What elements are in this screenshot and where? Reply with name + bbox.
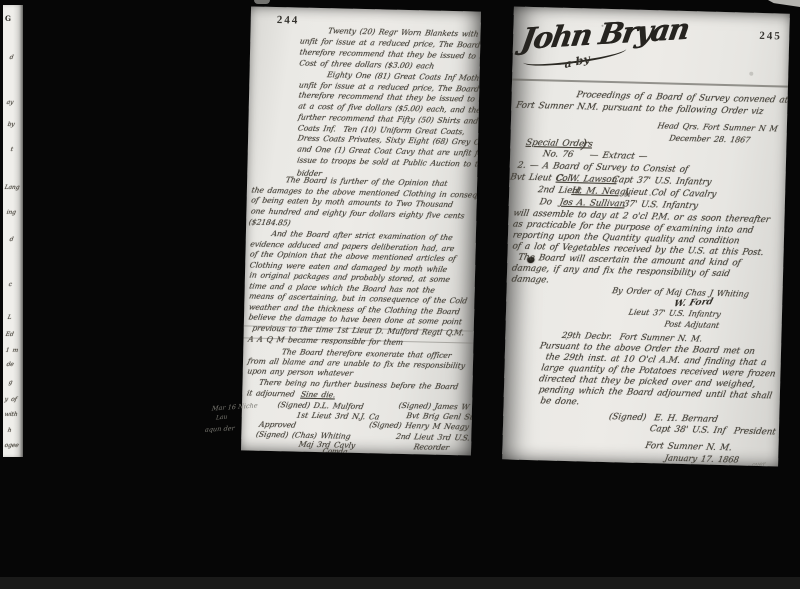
handwritten-line: Lang	[4, 185, 20, 191]
handwritten-line: 29th Decbr. Fort Sumner N. M.	[561, 331, 703, 343]
pencil-note: Lau	[216, 414, 228, 421]
handwritten-line: (Signed) D.L. Mulford	[277, 401, 364, 411]
handwritten-line: ing	[6, 210, 16, 216]
previous-page-edge: GdaybytLangingdcLEd1 mdegy ofwithhogee	[3, 5, 23, 457]
handwritten-line: Lieut 37' U.S. Infantry	[628, 309, 721, 319]
handwritten-line: G	[5, 15, 11, 22]
left-page-text: Twenty (20) Regr Worn Blankets with cott…	[251, 6, 481, 11]
handwritten-line: (Signed) Henry M Neagy Presdt	[369, 421, 481, 432]
scan-artifact	[768, 0, 800, 7]
handwritten-line: Capt 37' U.S. Infantry	[611, 176, 712, 187]
handwritten-line: December 28. 1867	[668, 135, 750, 145]
handwritten-line: g	[8, 380, 13, 386]
handwritten-line: it adjourned	[246, 389, 295, 398]
right-page-text: a byProceedings of a Board of Survey con…	[514, 6, 790, 13]
scan-artifact	[254, 0, 270, 4]
pencil-note: aqun der	[205, 425, 235, 433]
handwritten-line: by	[7, 122, 15, 128]
page-left: 244 Twenty (20) Regr Worn Blankets with …	[241, 6, 481, 455]
handwritten-line: By Order of Maj Chas J Whiting	[611, 286, 749, 298]
handwritten-line: Capt 38' U.S. Inf President of B	[649, 425, 790, 438]
handwritten-line: 1 m	[5, 348, 18, 354]
signature-scribble: W. Ford	[673, 298, 714, 309]
handwritten-line: h	[7, 428, 12, 434]
handwritten-line: Jos A. Sullivan	[559, 199, 626, 209]
handwritten-line: A A Q M became responsible for them	[247, 335, 403, 346]
page-right: John Bryan 245 a byProceedings of a Boar…	[502, 6, 790, 466]
handwritten-line: Recorder	[413, 443, 450, 451]
handwritten-line: (Signed) E. H. Bernard	[608, 413, 718, 425]
ruled-line	[512, 78, 788, 87]
handwritten-line: Ed	[5, 332, 14, 338]
scan-speck	[601, 25, 603, 27]
handwritten-line: issue to troops be sold at Public Auctio…	[296, 157, 481, 170]
handwritten-line: Fort Sumner N. M.	[644, 442, 732, 453]
handwritten-line: Head Qrs. Fort Sumner N M	[657, 122, 778, 133]
handwritten-line: ogee	[4, 443, 19, 449]
handwritten-line: Approved	[258, 421, 296, 430]
handwritten-line: C. W. Lawson	[555, 175, 617, 185]
handwritten-line: Sine die.	[300, 391, 336, 399]
page-number-left: 244	[277, 14, 300, 27]
handwritten-line: ($2184.85)	[248, 218, 291, 227]
handwritten-line: ay	[6, 100, 14, 106]
handwritten-line: d	[9, 55, 14, 61]
handwritten-line: January 17. 1868	[664, 454, 740, 464]
handwritten-line: 2nd Lieut 3rd U.S. Inf	[395, 433, 481, 443]
handwritten-line: Post Adjutant	[664, 321, 720, 330]
handwritten-line: d	[9, 237, 14, 243]
handwritten-line: upon any person whatever	[247, 367, 354, 377]
scan-bottom-strip	[0, 577, 800, 589]
handwritten-line: No. 76 — Extract —	[542, 150, 648, 161]
handwritten-line: damage.	[511, 276, 550, 286]
scanned-document: GdaybytLangingdcLEd1 mdegy ofwithhogee 2…	[0, 0, 800, 589]
handwritten-line: H. M. Neagy	[571, 187, 631, 197]
handwritten-line: t	[10, 147, 13, 153]
handwritten-line: de	[6, 362, 14, 368]
handwritten-line: L	[7, 315, 12, 321]
handwritten-line: be done.	[540, 397, 580, 407]
handwritten-line: c	[8, 282, 12, 288]
handwritten-line: with	[4, 412, 18, 418]
handwritten-line: y of	[4, 397, 17, 403]
handwritten-line: Comdg	[322, 448, 348, 455]
pencil-note: over	[752, 462, 766, 467]
page-number-right: 245	[759, 30, 782, 43]
handwritten-line: 1st Lieut 3rd N.J. Ca	[296, 412, 380, 422]
handwritten-line: Cost of three dollars ($3.00) each	[299, 60, 435, 71]
handwritten-line: 37' U.S. Infantry	[623, 200, 699, 211]
handwritten-line: Lieut Col of Cavalry	[624, 188, 717, 199]
